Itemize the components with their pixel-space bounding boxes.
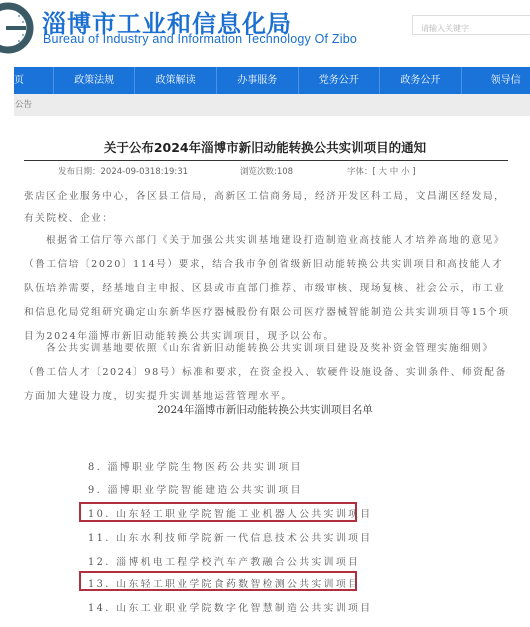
font-size-bracket: ] <box>412 167 415 177</box>
nav-item-services[interactable]: 办事服务 <box>217 67 299 94</box>
font-size-medium[interactable]: 中 <box>390 167 399 177</box>
font-size-selector: 字体：[ 大 中 小 ] <box>347 165 416 177</box>
view-count: 浏览次数:108 <box>240 165 293 177</box>
nav-item-leadership[interactable]: 领导信 <box>462 67 530 94</box>
site-header: 淄博市工业和信息化局 Bureau of Industry and Inform… <box>0 0 530 60</box>
nav-item-policy-interpretation[interactable]: 政策解读 <box>135 67 217 94</box>
font-size-large[interactable]: 大 <box>379 167 388 177</box>
title-divider <box>24 160 508 161</box>
font-size-small[interactable]: 小 <box>401 167 410 177</box>
nav-item-party-affairs[interactable]: 党务公开 <box>299 67 381 94</box>
publish-date: 发布日期：2024-09-0318:19:31 <box>58 165 188 177</box>
list-item: 9. 淄博职业学院智能建造公共实训项目 <box>88 482 303 496</box>
bureau-logo-icon <box>0 2 34 54</box>
search-input[interactable] <box>413 20 530 38</box>
list-item-highlighted: 10. 山东轻工职业学院智能工业机器人公共实训项目 <box>88 506 372 520</box>
main-nav: 页 政策法规 政策解读 办事服务 党务公开 政务公开 领导信 <box>14 67 530 94</box>
list-item: 11. 山东水利技师学院新一代信息技术公共实训项目 <box>88 530 372 544</box>
list-item-highlighted: 13. 山东轻工职业学院食药数智检测公共实训项目 <box>88 576 360 590</box>
site-title-en: Bureau of Industry and Information Techn… <box>43 32 357 46</box>
project-list-heading: 2024年淄博市新旧动能转换公共实训项目名单 <box>0 402 530 417</box>
search-box <box>412 15 530 35</box>
breadcrumb[interactable]: 公告 <box>14 94 530 116</box>
nav-item-government-affairs[interactable]: 政务公开 <box>380 67 462 94</box>
font-size-label: 字体：[ <box>347 167 376 177</box>
article-title: 关于公布2024年淄博市新旧动能转换公共实训项目的通知 <box>0 138 530 156</box>
list-item: 8. 淄博职业学院生物医药公共实训项目 <box>88 459 303 473</box>
nav-item-home[interactable]: 页 <box>14 67 54 94</box>
list-item: 14. 山东工业职业学院数字化智慧制造公共实训项目 <box>88 600 372 614</box>
list-item: 12. 淄博机电工程学校汽车产教融合公共实训项目 <box>88 554 360 568</box>
article-recipients: 张店区企业服务中心，各区县工信局，高新区工信商务局，经济开发区科工局，文昌湖区经… <box>24 186 510 230</box>
article-paragraph: 根据省工信厅等六部门《关于加强公共实训基地建设打造制造业高技能人才培养高地的意见… <box>24 229 510 349</box>
article-paragraph: 各公共实训基地要依照《山东省新旧动能转换公共实训项目建设及奖补资金管理实施细则》… <box>24 337 510 409</box>
nav-item-policy-regulations[interactable]: 政策法规 <box>54 67 136 94</box>
